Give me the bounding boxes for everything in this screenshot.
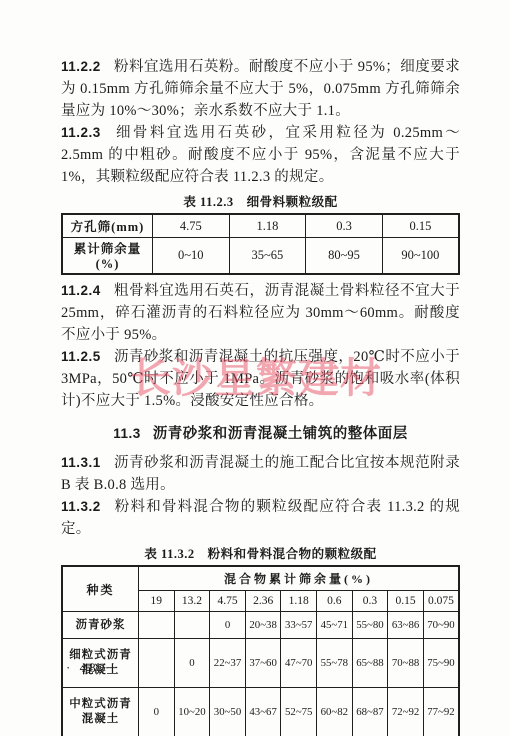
table-cell: 55~80 (352, 612, 388, 639)
section-heading-11-3: 11.3沥青砂浆和沥青混凝土铺筑的整体面层 (61, 422, 460, 443)
sieve-size-header: 13.2 (174, 591, 210, 612)
sieve-size-header: 0.075 (423, 591, 459, 612)
table-cell: 68~87 (352, 688, 388, 736)
table-cell: 35~65 (229, 238, 306, 275)
row-header: 沥青砂浆 (62, 612, 139, 639)
table-cell (139, 612, 175, 639)
table-cell: 75~90 (423, 639, 459, 688)
column-group-header: 混合物累计筛余量(%) (139, 566, 460, 591)
clause-text: 沥青砂浆和沥青混凝土的施工配合比宜按本规范附录 B 表 B.0.8 选用。 (61, 455, 460, 493)
sieve-size-header: 0.3 (352, 591, 388, 612)
table-cell: 10~20 (174, 688, 210, 736)
table-cell: 43~67 (245, 688, 281, 736)
clause-text: 沥青砂浆和沥青混凝土的抗压强度，20℃时不应小于 3MPa，50℃时不应小于 1… (61, 349, 460, 409)
table-cell (139, 639, 175, 688)
page-number: · 48 · (66, 660, 112, 676)
clause-text: 粗骨料宜选用石英石，沥青混凝土骨料粒径不宜大于 25mm，碎石灌沥青的石料粒径应… (61, 283, 460, 343)
table-row-medium-asphalt-concrete: 中粒式沥青混凝土 0 10~20 30~50 43~67 52~75 60~82… (62, 688, 459, 736)
table-cell: 0 (174, 639, 210, 688)
sieve-size-header: 19 (139, 591, 175, 612)
table-cell: 45~71 (317, 612, 353, 639)
table-cell: 70~90 (423, 612, 459, 639)
table-row-asphalt-mortar: 沥青砂浆 0 20~38 33~57 45~71 55~80 63~86 70~… (62, 612, 459, 639)
clause-11-2-3: 11.2.3细骨料宜选用石英砂，宜采用粒径为 0.25mm～2.5mm 的中粗砂… (61, 122, 460, 188)
table-cell: 22~37 (210, 639, 246, 688)
table-cell: 20~38 (245, 612, 281, 639)
clause-11-3-1: 11.3.1沥青砂浆和沥青混凝土的施工配合比宜按本规范附录 B 表 B.0.8 … (61, 452, 460, 496)
table-cell: 52~75 (281, 688, 317, 736)
table-cell: 0~10 (153, 238, 230, 275)
column-header-kind: 种类 (62, 566, 139, 612)
table-cell: 77~92 (423, 688, 459, 736)
table-11-3-2: 种类 混合物累计筛余量(%) 19 13.2 4.75 2.36 1.18 0.… (61, 565, 460, 736)
table-cell: 60~82 (317, 688, 353, 736)
row-header: 中粒式沥青混凝土 (62, 688, 139, 736)
clause-text: 粉料宜选用石英粉。耐酸度不应小于 95%；细度要求为 0.15mm 方孔筛筛余量… (61, 59, 460, 119)
clause-number: 11.3.2 (61, 499, 101, 514)
page-content: 11.2.2粉料宜选用石英粉。耐酸度不应小于 95%；细度要求为 0.15mm … (61, 56, 460, 736)
clause-number: 11.2.4 (61, 283, 101, 298)
table-11-2-3: 方孔筛(mm) 4.75 1.18 0.3 0.15 累计筛余量(%) 0~10… (61, 213, 460, 275)
table-cell: 0 (139, 688, 175, 736)
sieve-size-header: 1.18 (281, 591, 317, 612)
table-row-fine-asphalt-concrete: 细粒式沥青混凝土 0 22~37 37~60 47~70 55~78 65~88… (62, 639, 459, 688)
table-cell (174, 612, 210, 639)
table-cell: 80~95 (306, 238, 383, 275)
table-header-row: 种类 混合物累计筛余量(%) (62, 566, 459, 591)
clause-11-3-2: 11.3.2粉料和骨料混合物的颗粒级配应符合表 11.3.2 的规定。 (61, 496, 460, 540)
section-title: 沥青砂浆和沥青混凝土铺筑的整体面层 (153, 426, 408, 442)
table-cell: 70~88 (388, 639, 424, 688)
clause-number: 11.2.5 (61, 349, 101, 364)
row-header-sieve-size: 方孔筛(mm) (62, 214, 153, 238)
table-cell: 1.18 (229, 214, 306, 238)
table-cell: 33~57 (281, 612, 317, 639)
sieve-size-header: 0.6 (317, 591, 353, 612)
table-cell: 0.15 (382, 214, 459, 238)
clause-number: 11.3.1 (61, 455, 101, 470)
sieve-size-header: 4.75 (210, 591, 246, 612)
table-cell: 90~100 (382, 238, 459, 275)
clause-11-2-2: 11.2.2粉料宜选用石英粉。耐酸度不应小于 95%；细度要求为 0.15mm … (61, 56, 460, 122)
table-cell: 72~92 (388, 688, 424, 736)
clause-number: 11.2.3 (61, 125, 101, 140)
clause-11-2-4: 11.2.4粗骨料宜选用石英石，沥青混凝土骨料粒径不宜大于 25mm，碎石灌沥青… (61, 280, 460, 346)
sieve-size-header: 2.36 (245, 591, 281, 612)
table-cell: 63~86 (388, 612, 424, 639)
table-cell: 37~60 (245, 639, 281, 688)
table-row: 累计筛余量(%) 0~10 35~65 80~95 90~100 (62, 238, 459, 275)
table-cell: 47~70 (281, 639, 317, 688)
sieve-size-header: 0.15 (388, 591, 424, 612)
table-cell: 0 (210, 612, 246, 639)
clause-11-2-5: 11.2.5沥青砂浆和沥青混凝土的抗压强度，20℃时不应小于 3MPa，50℃时… (61, 346, 460, 412)
row-header-cumulative-residue: 累计筛余量(%) (62, 238, 153, 275)
table-row: 方孔筛(mm) 4.75 1.18 0.3 0.15 (62, 214, 459, 238)
clause-text: 粉料和骨料混合物的颗粒级配应符合表 11.3.2 的规定。 (61, 499, 460, 537)
table-cell: 0.3 (306, 214, 383, 238)
clause-text: 细骨料宜选用石英砂，宜采用粒径为 0.25mm～2.5mm 的中粗砂。耐酸度不应… (61, 125, 460, 185)
table-cell: 4.75 (153, 214, 230, 238)
section-number: 11.3 (113, 426, 141, 441)
table-cell: 30~50 (210, 688, 246, 736)
table-cell: 65~88 (352, 639, 388, 688)
table-cell: 55~78 (317, 639, 353, 688)
clause-number: 11.2.2 (61, 59, 101, 74)
table-11-2-3-caption: 表 11.2.3 细骨料颗粒级配 (61, 192, 460, 210)
table-11-3-2-caption: 表 11.3.2 粉料和骨料混合物的颗粒级配 (61, 544, 460, 562)
document-page: 长沙星繁建材 11.2.2粉料宜选用石英粉。耐酸度不应小于 95%；细度要求为 … (0, 0, 509, 736)
